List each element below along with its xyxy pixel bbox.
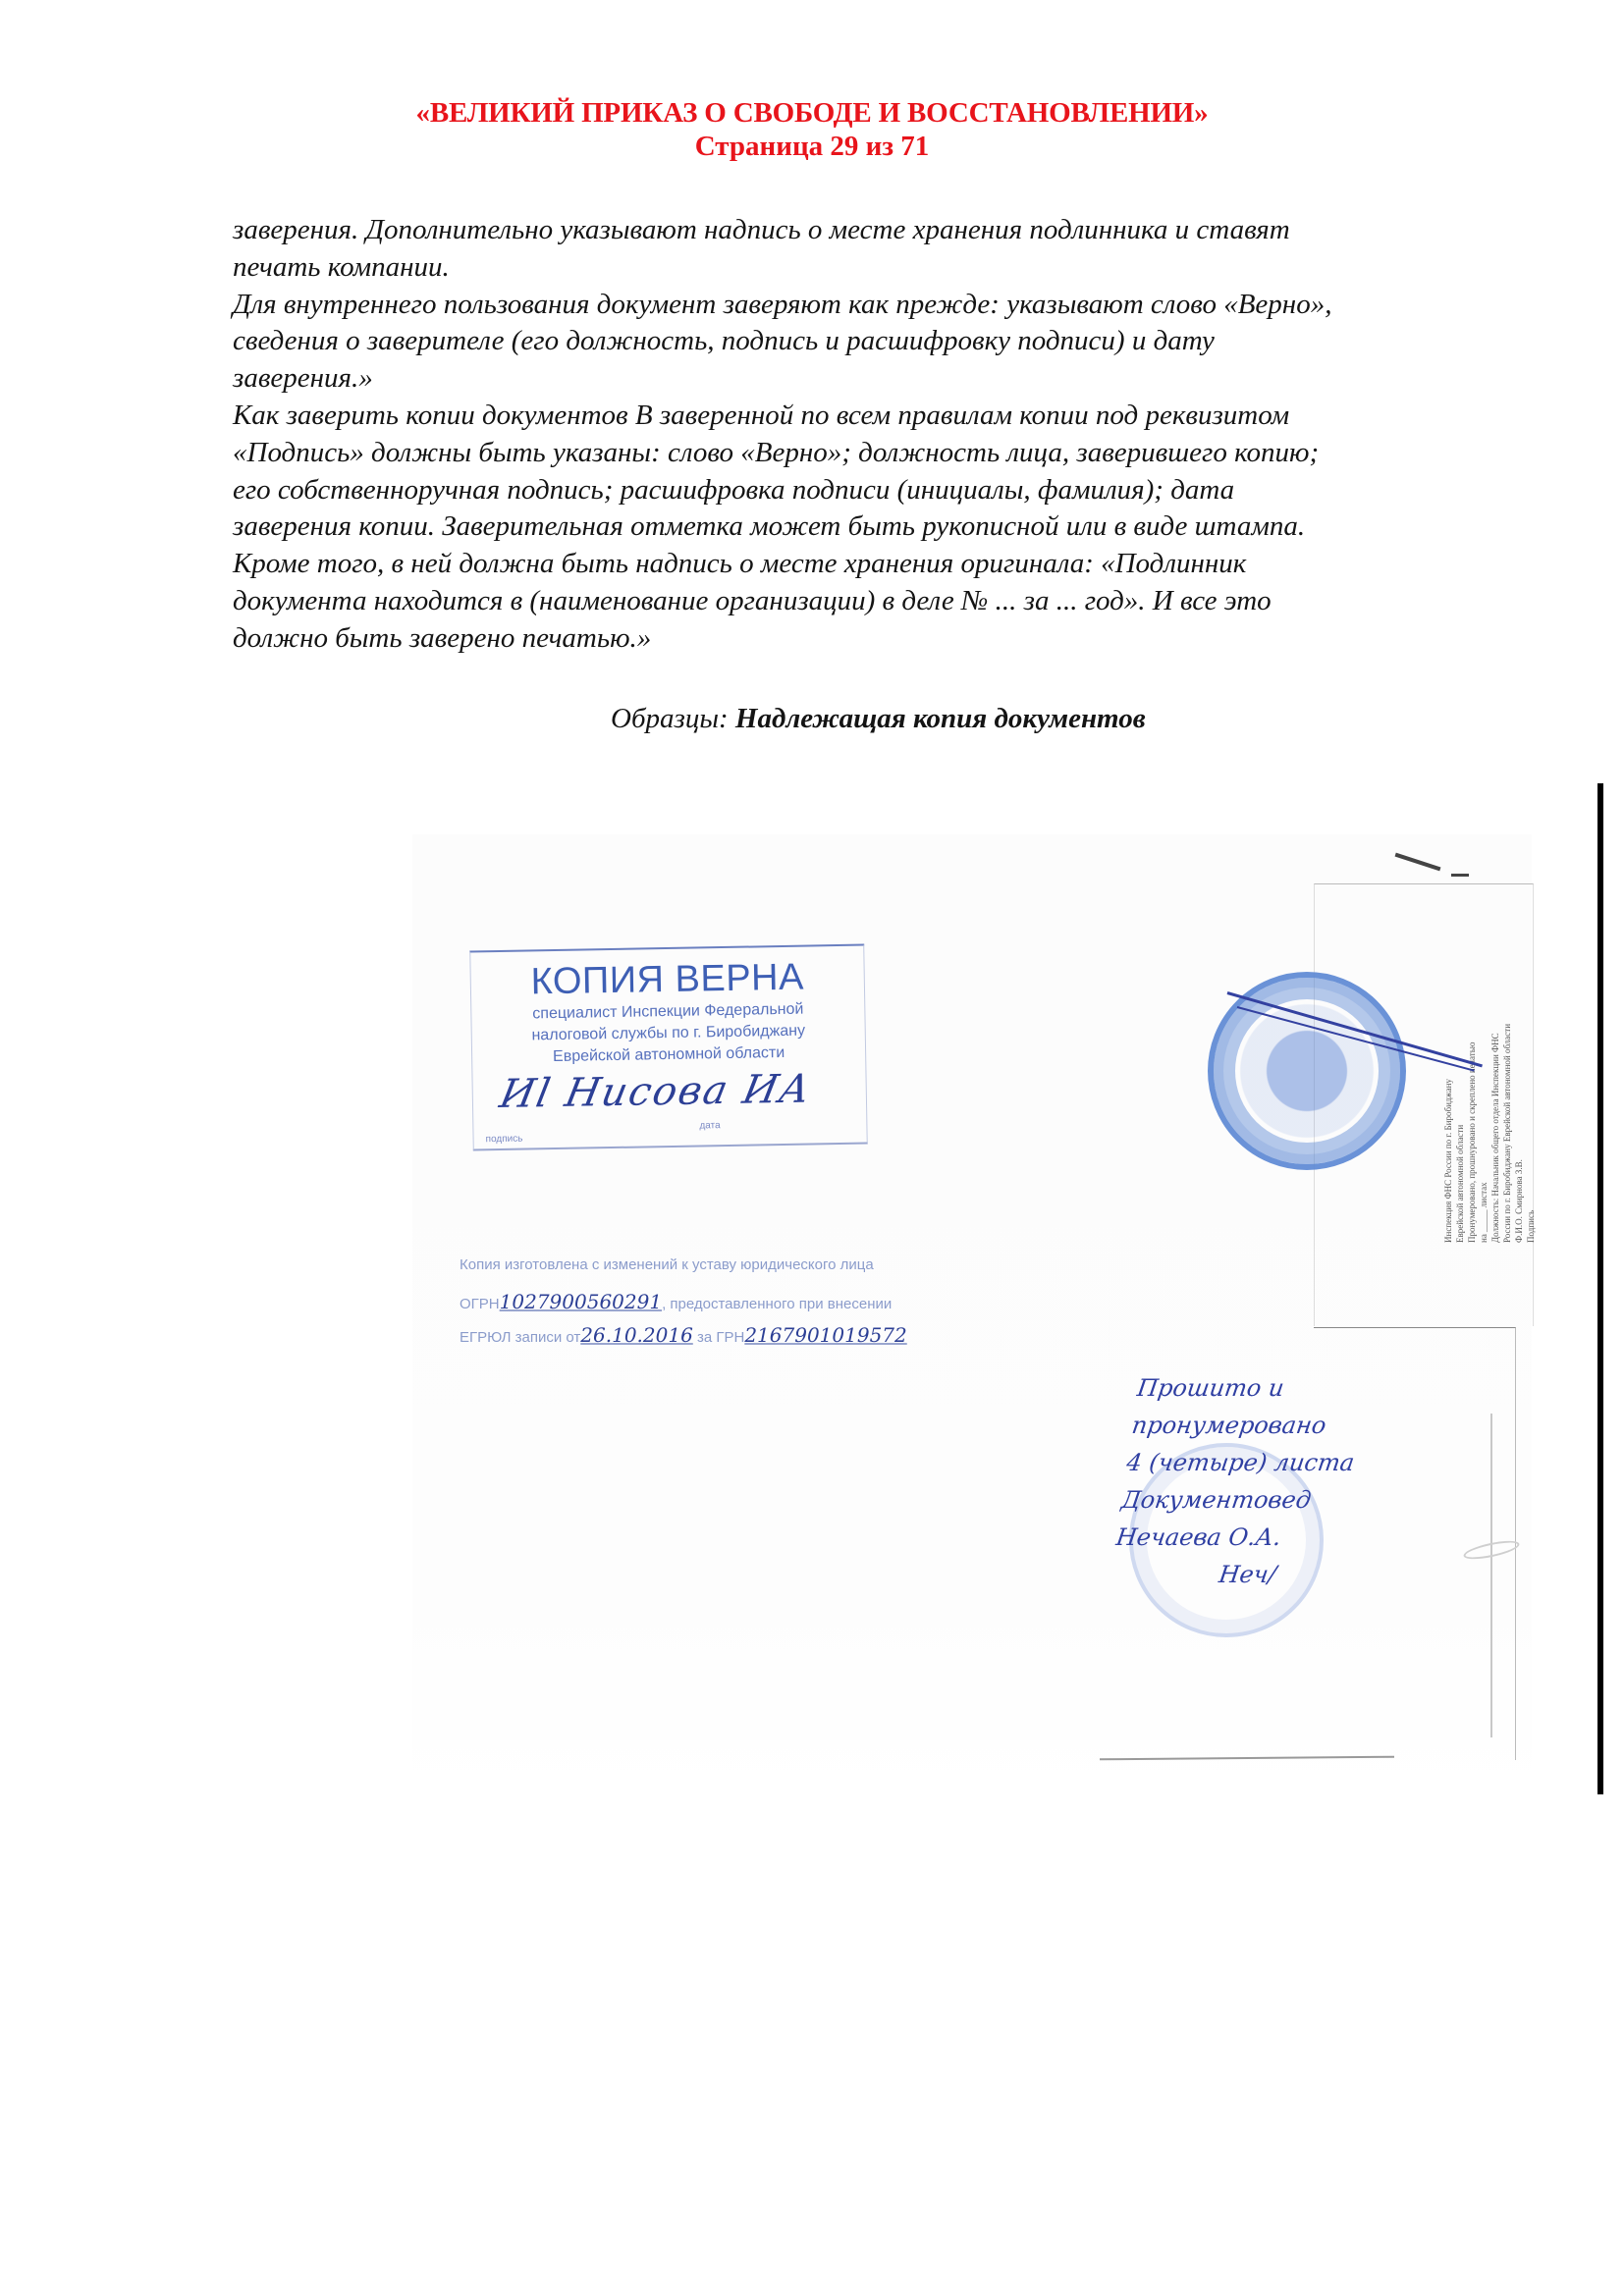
text-line: «Подпись» должны быть указаны: слово «Ве… <box>233 435 1548 472</box>
ogrn-label: ОГРН <box>460 1296 500 1312</box>
caption-prefix: Образцы: <box>611 703 729 734</box>
official-round-seal-icon <box>1208 972 1406 1170</box>
grn-handwritten: 2167901019572 <box>744 1323 906 1347</box>
scan-mark <box>1451 874 1469 877</box>
vertical-text-line: на _____ листах <box>1478 948 1489 1243</box>
vertical-text-line: Еврейской автономной области <box>1454 948 1466 1243</box>
handwritten-line: Прошито и <box>1135 1369 1435 1407</box>
date-label: дата <box>699 1120 720 1131</box>
scanned-document-image: КОПИЯ ВЕРНА специалист Инспекции Федерал… <box>412 834 1532 1816</box>
vertical-text-line: Инспекция ФНС России по г. Биробиджану <box>1442 948 1454 1243</box>
document-title: «ВЕЛИКИЙ ПРИКАЗ О СВОБОДЕ И ВОССТАНОВЛЕН… <box>0 96 1624 130</box>
samples-caption: Образцы: Надлежащая копия документов <box>611 703 1146 735</box>
date-handwritten: 26.10.2016 <box>580 1323 693 1347</box>
copy-certified-stamp: КОПИЯ ВЕРНА специалист Инспекции Федерал… <box>469 944 867 1151</box>
registration-line: Копия изготовлена с изменений к уставу ю… <box>460 1256 970 1290</box>
caption-title: Надлежащая копия документов <box>735 703 1146 734</box>
binding-certification-text: Инспекция ФНС России по г. Биробиджану Е… <box>1442 948 1570 1243</box>
registration-line: ЕГРЮЛ записи от26.10.2016 за ГРН21679010… <box>460 1323 970 1357</box>
registration-text: , предоставленного при внесении <box>662 1296 892 1312</box>
text-line: Кроме того, в ней должна быть надпись о … <box>233 546 1548 583</box>
text-line: его собственноручная подпись; расшифровк… <box>233 472 1548 509</box>
text-line: заверения. Дополнительно указывают надпи… <box>233 212 1548 249</box>
text-line: заверения.» <box>233 360 1548 398</box>
vertical-text-line: России по г. Биробиджану Еврейской автон… <box>1501 948 1513 1243</box>
text-line: документа находится в (наименование орга… <box>233 583 1548 620</box>
signature-label: подпись <box>486 1134 523 1146</box>
text-line: должно быть заверено печатью.» <box>233 620 1548 658</box>
text-line: печать компании. <box>233 249 1548 287</box>
scan-border-line <box>1597 783 1603 1794</box>
ogrn-handwritten: 1027900560291 <box>500 1290 662 1313</box>
body-text: заверения. Дополнительно указывают надпи… <box>233 212 1548 658</box>
vertical-text-line: Ф.И.О. Смирнова З.В. <box>1513 948 1525 1243</box>
handwritten-line: Нечаева О.А. <box>1113 1519 1413 1556</box>
text-line: Для внутреннего пользования документ зав… <box>233 287 1548 324</box>
vertical-text-line: Должность: Начальник общего отдела Инспе… <box>1489 948 1501 1243</box>
stamp-heading: КОПИЯ ВЕРНА <box>470 956 864 1005</box>
text-line: сведения о заверителе (его должность, по… <box>233 323 1548 360</box>
registration-stamp: Копия изготовлена с изменений к уставу ю… <box>460 1256 970 1357</box>
handwritten-line: пронумеровано <box>1129 1407 1429 1444</box>
document-page: «ВЕЛИКИЙ ПРИКАЗ О СВОБОДЕ И ВОССТАНОВЛЕН… <box>0 0 1624 2296</box>
binding-thread <box>1490 1414 1492 1737</box>
page-number: Страница 29 из 71 <box>0 130 1624 163</box>
text-line: Как заверить копии документов В заверенн… <box>233 398 1548 435</box>
handwritten-line: Неч/ <box>1109 1556 1408 1593</box>
page-header: «ВЕЛИКИЙ ПРИКАЗ О СВОБОДЕ И ВОССТАНОВЛЕН… <box>0 96 1624 163</box>
egrul-label: ЕГРЮЛ записи от <box>460 1329 580 1346</box>
handwritten-binding-note: Прошито и пронумеровано 4 (четыре) листа… <box>1109 1369 1435 1593</box>
registration-line: ОГРН1027900560291, предоставленного при … <box>460 1290 970 1323</box>
handwritten-signature: Иl Нисова ИА <box>496 1066 815 1117</box>
handwritten-line: Документовед <box>1119 1481 1419 1519</box>
handwritten-line: 4 (четыре) листа <box>1124 1444 1424 1481</box>
text-line: заверения копии. Заверительная отметка м… <box>233 508 1548 546</box>
grn-label: за ГРН <box>697 1329 744 1346</box>
vertical-text-line: Пронумеровано, прошнуровано и скреплено … <box>1466 948 1478 1243</box>
vertical-text-line: Подпись <box>1525 948 1537 1243</box>
